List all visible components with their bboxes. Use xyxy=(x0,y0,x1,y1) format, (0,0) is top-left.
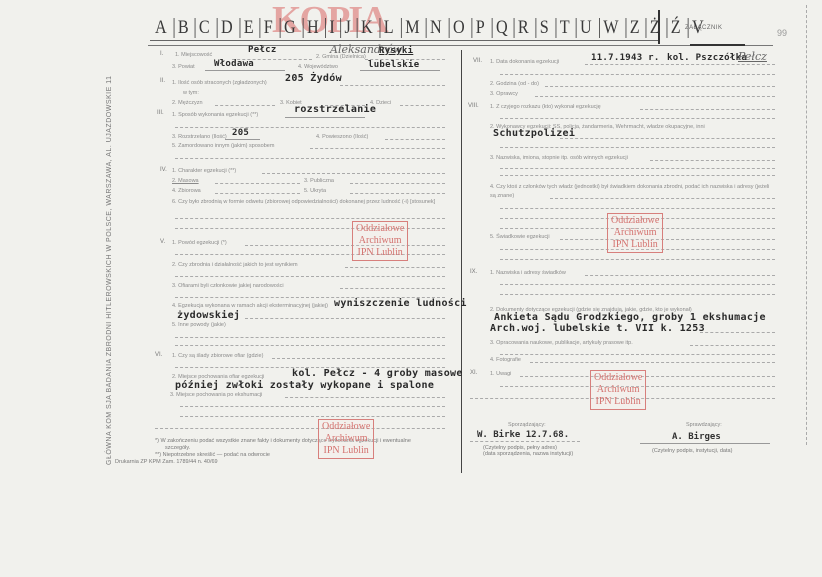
stamp-text: Archiwum xyxy=(611,227,659,239)
fill-line xyxy=(640,109,775,110)
signature-caption: (data sporządzenia, nazwa instytucji) xyxy=(483,451,573,457)
field-value: 205 xyxy=(232,128,249,138)
alphabet-letter: Z xyxy=(625,18,643,38)
alphabet-letter: D xyxy=(217,18,236,38)
alphabet-letter: U xyxy=(576,18,595,38)
field-label: 2. Czy zbrodnia i działalność jakich to … xyxy=(172,262,298,268)
fill-line xyxy=(360,70,440,71)
field-label: 5. Świadkowie egzekucji xyxy=(490,234,550,240)
stamp-text: Archiwum xyxy=(594,384,642,396)
alphabet-letter: W xyxy=(599,18,622,38)
section-number: V. xyxy=(160,239,165,245)
field-label: 3. Ofiarami byli członkowie jakiej narod… xyxy=(172,283,284,289)
fill-line xyxy=(545,86,775,87)
field-value: wyniszczenie ludności xyxy=(334,298,467,309)
divider xyxy=(148,45,773,46)
fill-line xyxy=(560,239,775,240)
fill-line xyxy=(535,96,775,97)
fill-line xyxy=(500,208,775,209)
field-label: 4. Zbiorowa xyxy=(172,188,201,194)
divider xyxy=(150,40,658,41)
alphabet-letter: C xyxy=(195,18,213,38)
fill-line xyxy=(585,275,775,276)
fill-line xyxy=(500,259,775,260)
field-label: 1. Data dokonania egzekucji xyxy=(490,59,559,65)
stamp-text: Archiwum xyxy=(322,433,370,445)
stamp-text: IPN Lublin xyxy=(594,396,642,408)
fill-line xyxy=(640,443,770,444)
scanned-document: GŁÓWNA KOM SJA BADANIA ZBRODNI HITLEROWS… xyxy=(0,0,822,577)
fill-line xyxy=(500,147,775,148)
fill-line xyxy=(350,193,445,194)
fill-line xyxy=(530,362,775,363)
fill-line xyxy=(500,354,775,355)
field-value: później zwłoki zostały wykopane i spalon… xyxy=(175,380,434,391)
printer-info: Drukarnia ZP KPM Zam. 1789/44 n. 40/69 xyxy=(115,459,218,465)
fill-line xyxy=(285,397,445,398)
divider xyxy=(806,5,808,445)
fill-line xyxy=(500,284,775,285)
fill-line xyxy=(700,332,775,333)
field-label: 4. Powieszono (Ilość) xyxy=(316,134,368,140)
alphabet-letter: F xyxy=(260,18,277,38)
stamp-text: Oddziałowe xyxy=(594,372,642,384)
fill-line xyxy=(215,193,300,194)
field-label: 2. Masowa xyxy=(172,178,199,184)
fill-line xyxy=(262,173,445,174)
fill-line xyxy=(340,85,445,86)
footnote: szczegóły. xyxy=(165,445,190,451)
footnote: **) Niepotrzebne skreślić — podać na odw… xyxy=(155,452,270,458)
field-value: lubelskie xyxy=(368,60,419,70)
alphabet-letter: A xyxy=(152,18,170,38)
section-number: VI. xyxy=(155,352,162,358)
archive-stamp: Oddziałowe Archiwum IPN Lublin xyxy=(607,213,663,253)
fill-line xyxy=(500,168,775,169)
fill-line xyxy=(560,138,775,139)
field-label: 1. Z czyjego rozkazu (kto) wykonał egzek… xyxy=(490,104,601,110)
alphabet-letter: R xyxy=(514,18,532,38)
fill-line xyxy=(175,218,445,219)
alphabet-letter: Ż xyxy=(646,18,664,38)
handwritten-note: Pełcz xyxy=(738,50,767,63)
section-number: IX. xyxy=(470,269,477,275)
section-number: VII. xyxy=(473,58,482,64)
field-label: 2. Gmina (Dzielnica) xyxy=(316,54,366,60)
stamp-text: IPN Lublin xyxy=(611,239,659,251)
stamp-text: IPN Lublin xyxy=(322,445,370,457)
alphabet-letter: G xyxy=(280,18,299,38)
alphabet-index: ABCDEFGHIJKLMNOPQRSTUWZŻŹV xyxy=(150,18,708,38)
field-label: 3. Rozstrzelano (Ilość) xyxy=(172,134,227,140)
stamp-text: Archiwum xyxy=(356,235,404,247)
signature: A. Birges xyxy=(672,432,721,442)
side-margin-text: GŁÓWNA KOM SJA BADANIA ZBRODNI HITLEROWS… xyxy=(106,0,113,465)
alphabet-letter: I xyxy=(325,18,338,38)
fill-line xyxy=(585,64,775,65)
fill-line xyxy=(205,70,285,71)
alphabet-letter: L xyxy=(380,18,398,38)
fill-line xyxy=(245,245,445,246)
field-value: 11.7.1943 r. xyxy=(591,53,660,63)
section-number: XI. xyxy=(470,370,477,376)
signature-label: Sprawdzający: xyxy=(686,422,722,428)
page-number: 99 xyxy=(777,28,787,38)
stamp-text: Oddziałowe xyxy=(322,421,370,433)
fill-line xyxy=(175,158,445,159)
alphabet-letter: N xyxy=(426,18,445,38)
field-value: Arch.woj. lubelskie t. VII k. 1253 xyxy=(490,323,705,334)
fill-line xyxy=(500,118,775,119)
alphabet-letter: T xyxy=(555,18,573,38)
fill-line xyxy=(470,441,580,442)
divider xyxy=(690,44,745,46)
archive-stamp: Oddziałowe Archiwum IPN Lublin xyxy=(352,221,408,261)
signature-caption: (Czytelny podpis, instytucji, data) xyxy=(652,448,732,454)
fill-line xyxy=(400,105,445,106)
field-label: 1. Ilość osób straconych (zgładzonych) xyxy=(172,80,267,86)
archive-stamp: Oddziałowe Archiwum IPN Lublin xyxy=(590,370,646,410)
alphabet-letter: J xyxy=(340,18,354,38)
field-label: 1. Nazwiska i adresy świadków xyxy=(490,270,566,276)
field-label: 4. Egzekucja wykonana w ramach akcji eks… xyxy=(172,303,328,309)
stamp-text: IPN Lublin xyxy=(356,247,404,259)
divider xyxy=(658,10,660,44)
alphabet-letter: E xyxy=(239,18,257,38)
field-label: 4. Województwo xyxy=(298,64,338,70)
field-label: 5. Zamordowano innym (jakim) sposobem xyxy=(172,143,274,149)
field-value: rozstrzelanie xyxy=(294,104,376,115)
field-label: 1. Czy są ślady zbiorowe ofiar (gdzie) xyxy=(172,353,263,359)
field-value: Włodawa xyxy=(214,59,254,69)
field-label: 2. Godzina (od - do) xyxy=(490,81,539,87)
fill-line xyxy=(520,376,775,377)
fill-line xyxy=(272,358,445,359)
field-label: 1. Powód egzekucji (*) xyxy=(172,240,227,246)
fill-line xyxy=(340,288,445,289)
fill-line xyxy=(175,127,445,128)
field-value: Ankieta Sądu Grodzkiego, groby 1 ekshuma… xyxy=(494,312,766,323)
section-number: III. xyxy=(157,110,164,116)
alphabet-letter: O xyxy=(449,18,468,38)
field-label: 6. Czy było zbrodnią w formie odwetu (zb… xyxy=(172,198,447,207)
field-label: 1. Sposób wykonania egzekucji (**) xyxy=(172,112,258,118)
fill-line xyxy=(215,105,275,106)
field-label: 1. Uwagi xyxy=(490,371,511,377)
fill-line xyxy=(175,276,445,277)
field-value: kol. Pełcz - 4 groby masowe xyxy=(292,368,463,379)
field-label: 3. Opracowania naukowe, publikacje, arty… xyxy=(490,340,633,346)
field-label: 5. Ukryta xyxy=(304,188,326,194)
field-label: w tym: xyxy=(183,90,199,96)
fill-line xyxy=(350,183,445,184)
fill-line xyxy=(690,345,775,346)
field-value: 205 Żydów xyxy=(285,73,342,84)
attachment-label: ZAŁĄCZNIK xyxy=(685,25,723,31)
field-label: 1. Charakter egzekucji (**) xyxy=(172,168,236,174)
fill-line xyxy=(155,428,445,429)
archive-stamp: Oddziałowe Archiwum IPN Lublin xyxy=(318,419,374,459)
field-label: 5. Inne powody (jakie) xyxy=(172,322,226,328)
fill-line xyxy=(310,148,445,149)
field-label: 2. Mężczyzn xyxy=(172,100,203,106)
field-value: żydowskiej xyxy=(177,310,240,321)
alphabet-letter: Ź xyxy=(667,18,685,38)
field-label: 3. Nazwiska, imiona, stopnie itp. osób w… xyxy=(490,155,628,161)
signature-label: Sporządzający: xyxy=(508,422,546,428)
field-value: Pełcz xyxy=(248,45,277,55)
fill-line xyxy=(225,139,260,140)
signature: W. Birke 12.7.68. xyxy=(477,430,569,440)
fill-line xyxy=(500,74,775,75)
fill-line xyxy=(550,198,775,199)
field-label: 3. Publiczna xyxy=(304,178,334,184)
fill-line xyxy=(385,139,445,140)
fill-line xyxy=(500,294,775,295)
alphabet-letter: S xyxy=(535,18,552,38)
section-number: I. xyxy=(160,51,163,57)
field-label: 3. Oprawcy xyxy=(490,91,518,97)
section-number: II. xyxy=(160,78,165,84)
alphabet-letter: H xyxy=(302,18,321,38)
fill-line xyxy=(175,337,445,338)
alphabet-letter: Q xyxy=(491,18,510,38)
fill-line xyxy=(650,160,775,161)
field-label: 3. Powiat xyxy=(172,64,195,70)
fill-line xyxy=(500,175,775,176)
alphabet-letter: M xyxy=(401,18,423,38)
field-value: Rysyki xyxy=(379,46,413,56)
fill-line xyxy=(345,267,445,268)
alphabet-letter: K xyxy=(357,18,376,38)
fill-line xyxy=(180,406,445,407)
section-number: IV. xyxy=(160,167,167,173)
stamp-text: Oddziałowe xyxy=(356,223,404,235)
column-divider xyxy=(461,50,462,473)
field-label: 3. Miejsce pochowania po ekshumacji xyxy=(170,392,262,398)
field-label: 4. Fotografie xyxy=(490,357,521,363)
alphabet-letter: P xyxy=(471,18,488,38)
field-label: 1. Miejscowość xyxy=(175,52,212,58)
fill-line xyxy=(285,117,365,118)
fill-line xyxy=(175,345,445,346)
fill-line xyxy=(215,183,300,184)
section-number: VIII. xyxy=(468,103,479,109)
field-value: kol. Pszczółka xyxy=(667,53,747,63)
stamp-text: Oddziałowe xyxy=(611,215,659,227)
fill-line xyxy=(245,318,445,319)
alphabet-letter: B xyxy=(173,18,191,38)
fill-line xyxy=(180,416,445,417)
